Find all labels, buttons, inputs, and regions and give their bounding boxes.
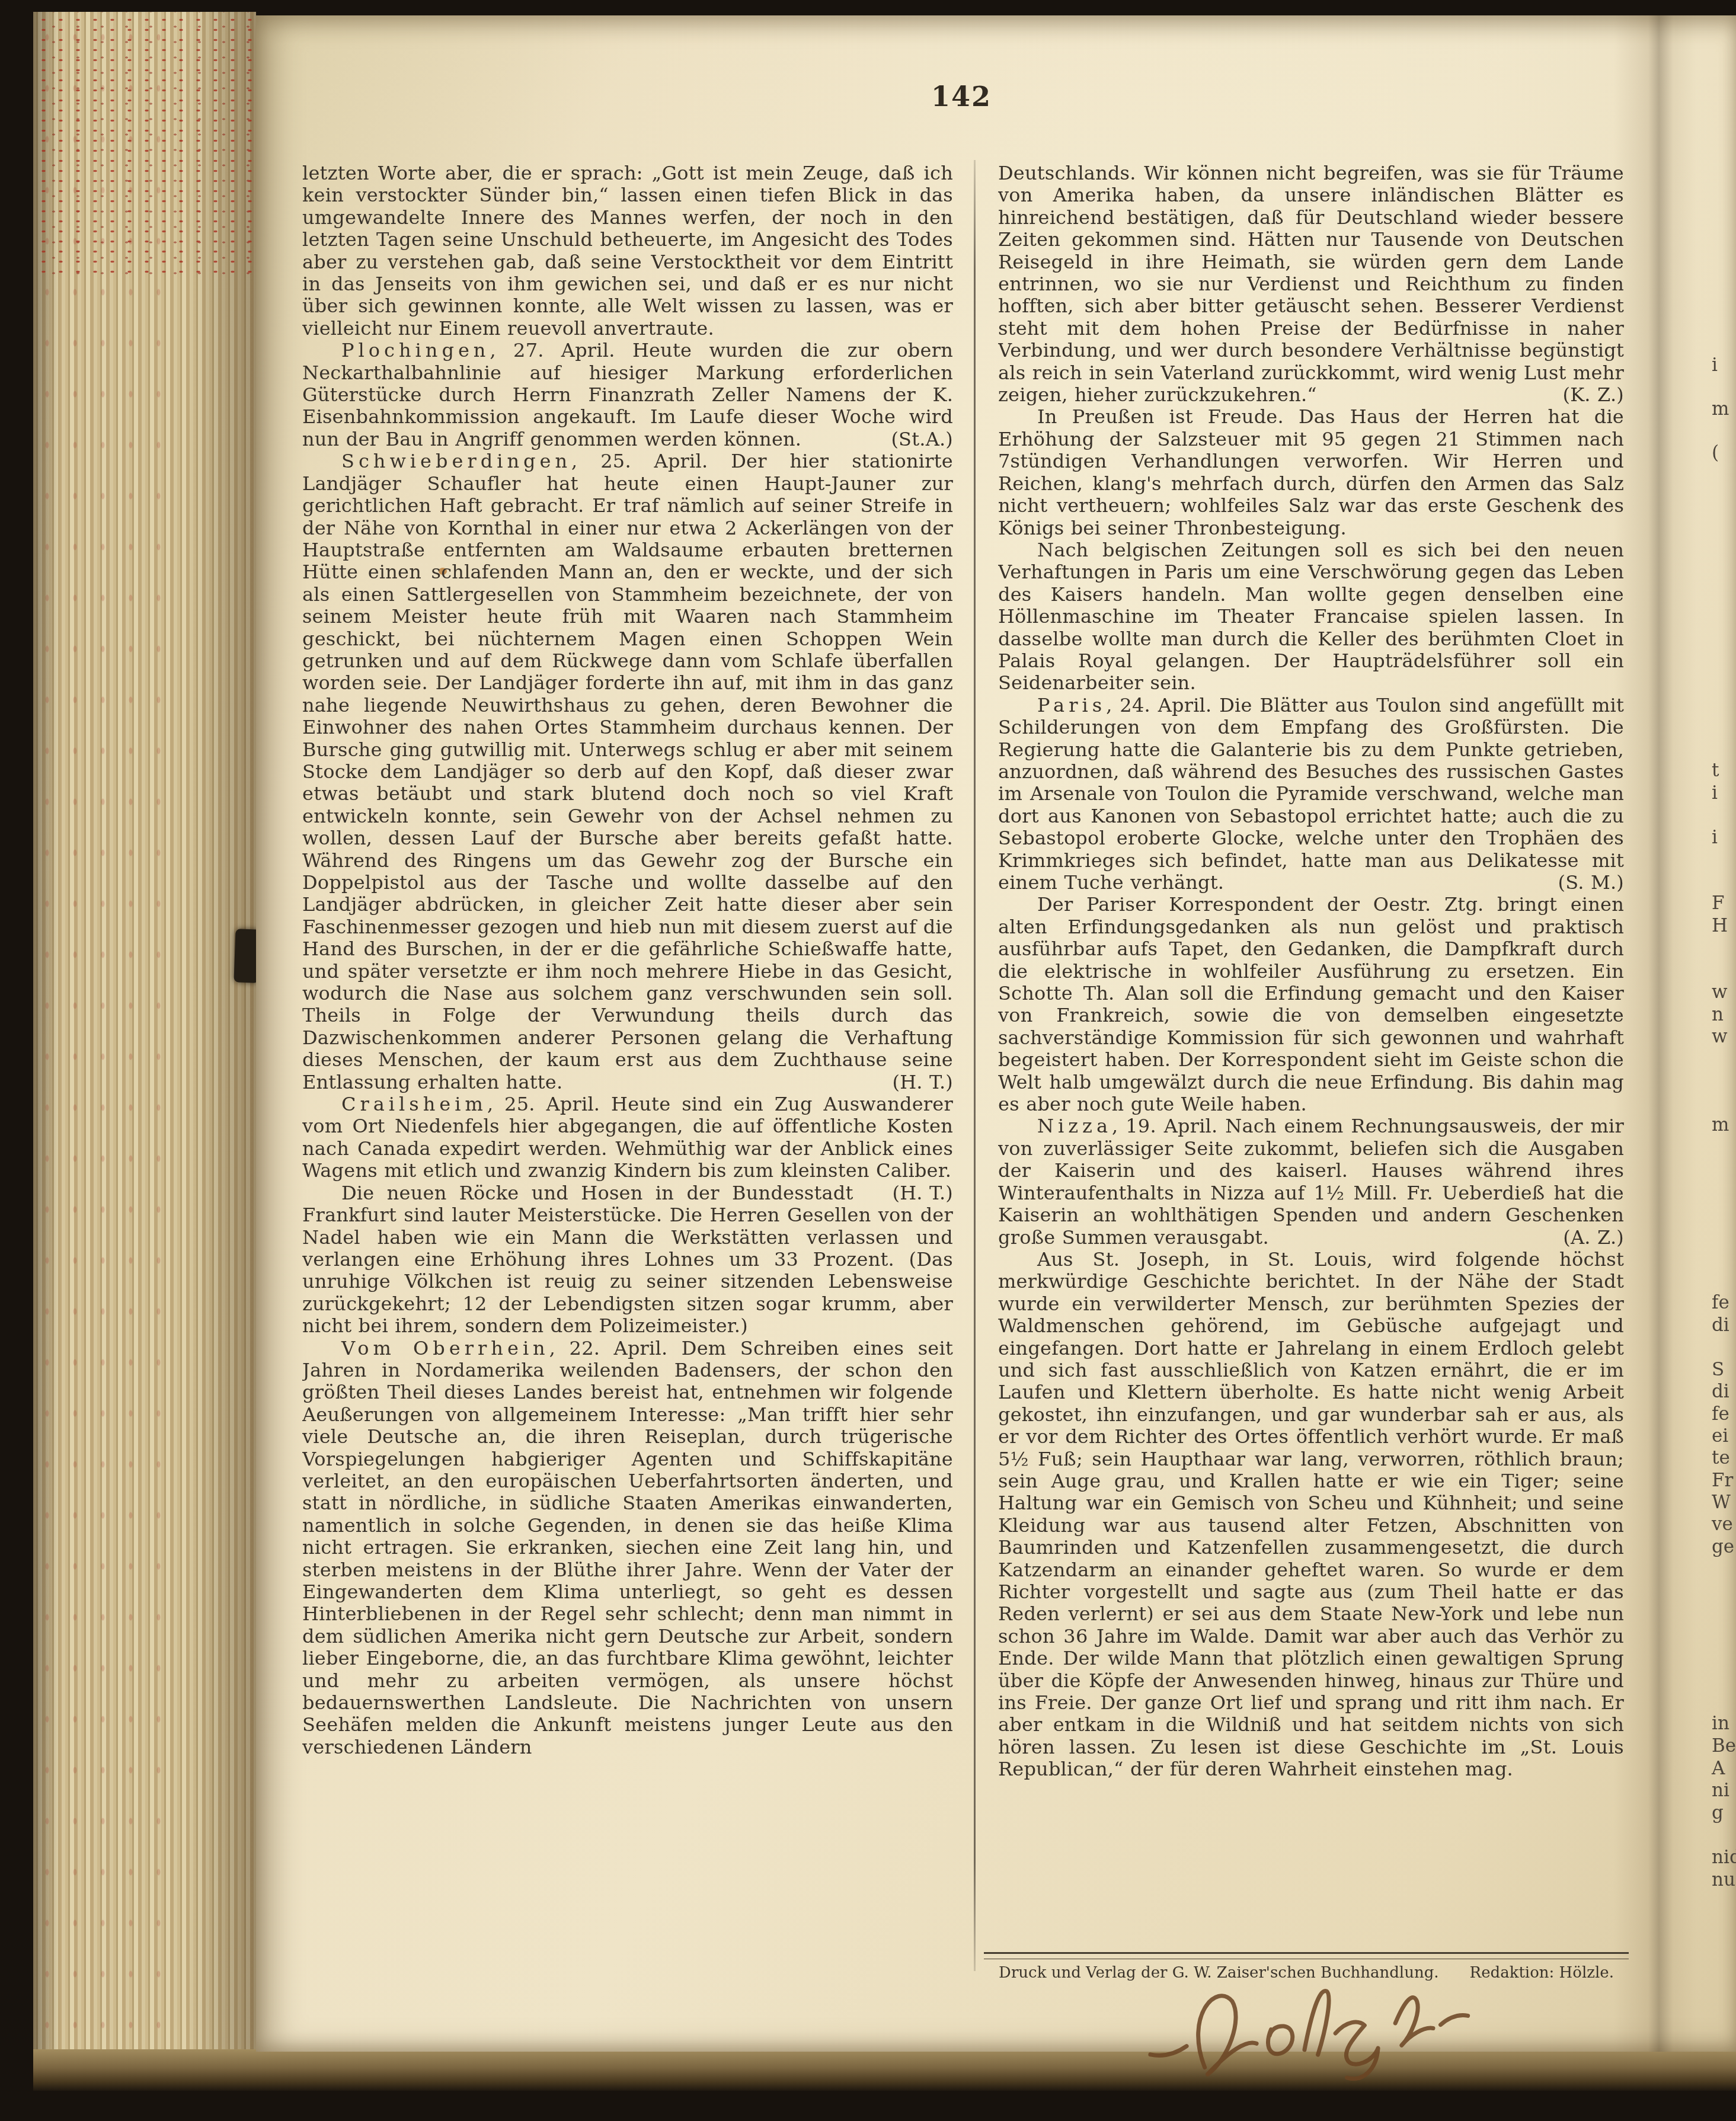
facing-page-text-fragment: fe [1712, 1292, 1729, 1314]
paragraph: Vom Oberrhein, 22. April. Dem Schreiben … [302, 1338, 953, 1759]
facing-page-text-fragment: S [1712, 1359, 1724, 1381]
right-text-column: Deutschlands. Wir können nicht begreifen… [998, 162, 1624, 1952]
speckled-edge-texture [33, 12, 167, 2074]
facing-page-text-fragment: i [1712, 782, 1718, 804]
facing-page-text-fragment: Be [1712, 1735, 1736, 1757]
handwritten-signature: Hölzle [1140, 1954, 1480, 2096]
facing-page-text-fragment: di [1712, 1314, 1729, 1336]
facing-page-text-fragment: t [1712, 760, 1719, 782]
paragraph: Crailsheim, 25. April. Heute sind ein Zu… [302, 1093, 953, 1182]
book-binding-page-stack [33, 12, 256, 2074]
facing-page-text-fragment: Fr [1712, 1470, 1733, 1492]
paragraph: Schwieberdingen, 25. April. Der hier sta… [302, 450, 953, 1093]
facing-page-text-fragment: F [1712, 892, 1725, 914]
facing-page-text-fragment: in [1712, 1713, 1729, 1735]
signature-stroke [1147, 1979, 1472, 2093]
page-number: 142 [256, 81, 1667, 113]
facing-page-text-fragment: ( [1712, 442, 1719, 464]
facing-page-edge: im(tiiFHwnwmfediSdifeeiteFrWvegeinBeAnig… [1709, 15, 1736, 2052]
facing-page-text-fragment: g [1712, 1802, 1724, 1824]
facing-page-text-fragment: te [1712, 1447, 1730, 1469]
facing-page-text-fragment: nu [1712, 1869, 1735, 1891]
imprint-divider-rule [984, 1952, 1629, 1959]
facing-page-text-fragment: w [1712, 981, 1728, 1003]
paragraph: Nizza, 19. April. Nach einem Rechnungsau… [998, 1115, 1624, 1248]
dateline: Plochingen [341, 339, 490, 362]
book-bottom-edge [33, 2049, 1736, 2091]
facing-page-text-fragment: m [1712, 1114, 1729, 1136]
page-fold-shadow [1613, 15, 1696, 2052]
source-citation: (A. Z.) [1524, 1227, 1624, 1249]
paragraph: Die neuen Röcke und Hosen in der Bundess… [302, 1182, 953, 1338]
facing-page-text-fragment: i [1712, 354, 1718, 376]
source-citation: (H. T.) [853, 1071, 953, 1093]
column-divider-rule [974, 160, 976, 1971]
paragraph: letzten Worte aber, die er sprach: „Gott… [302, 162, 953, 340]
facing-page-text-fragment: nid [1712, 1847, 1736, 1869]
source-citation: (S. M.) [1519, 872, 1624, 894]
paragraph: Plochingen, 27. April. Heute wurden die … [302, 340, 953, 450]
facing-page-text-fragment: ve [1712, 1514, 1733, 1535]
imprint-redaction: Redaktion: Hölzle. [1470, 1964, 1614, 1982]
source-citation: (St.A.) [852, 428, 953, 450]
facing-page-text-fragment: w [1712, 1026, 1728, 1048]
paragraph: In Preußen ist Freude. Das Haus der Herr… [998, 406, 1624, 539]
dateline: Crailsheim [341, 1093, 487, 1115]
dateline: Nizza [1037, 1115, 1112, 1137]
facing-page-text-fragment: ni [1712, 1780, 1729, 1802]
dateline: Paris [1037, 694, 1106, 716]
dateline: Schwieberdingen [341, 450, 571, 472]
facing-page-text-fragment: n [1712, 1004, 1724, 1026]
source-citation: (K. Z.) [1563, 384, 1624, 406]
paragraph: Der Pariser Korrespondent der Oestr. Ztg… [998, 894, 1624, 1115]
facing-page-text-fragment: W [1712, 1492, 1731, 1514]
paragraph: Nach belgischen Zeitungen soll es sich b… [998, 539, 1624, 695]
facing-page-text-fragment: di [1712, 1381, 1729, 1403]
paragraph: Deutschlands. Wir können nicht begreifen… [998, 162, 1624, 406]
left-text-column: letzten Worte aber, die er sprach: „Gott… [302, 162, 953, 1964]
paragraph: Paris, 24. April. Die Blätter aus Toulon… [998, 695, 1624, 894]
facing-page-text-fragment: A [1712, 1758, 1725, 1780]
facing-page-text-fragment: fe [1712, 1403, 1729, 1425]
facing-page-text-fragment: H [1712, 915, 1728, 937]
facing-page-text-fragment: i [1712, 827, 1718, 849]
facing-page-text-fragment: ei [1712, 1425, 1728, 1447]
paragraph: Aus St. Joseph, in St. Louis, wird folge… [998, 1249, 1624, 1781]
facing-page-text-fragment: ge [1712, 1536, 1734, 1558]
newspaper-page: 142 letzten Worte aber, die er sprach: „… [256, 15, 1736, 2052]
dateline: Vom Oberrhein [341, 1337, 549, 1359]
scanned-newspaper-photo: { "page": { "number": "142" }, "imprint"… [0, 0, 1736, 2121]
facing-page-text-fragment: m [1712, 398, 1729, 420]
source-citation: (H. T.) [853, 1182, 953, 1204]
